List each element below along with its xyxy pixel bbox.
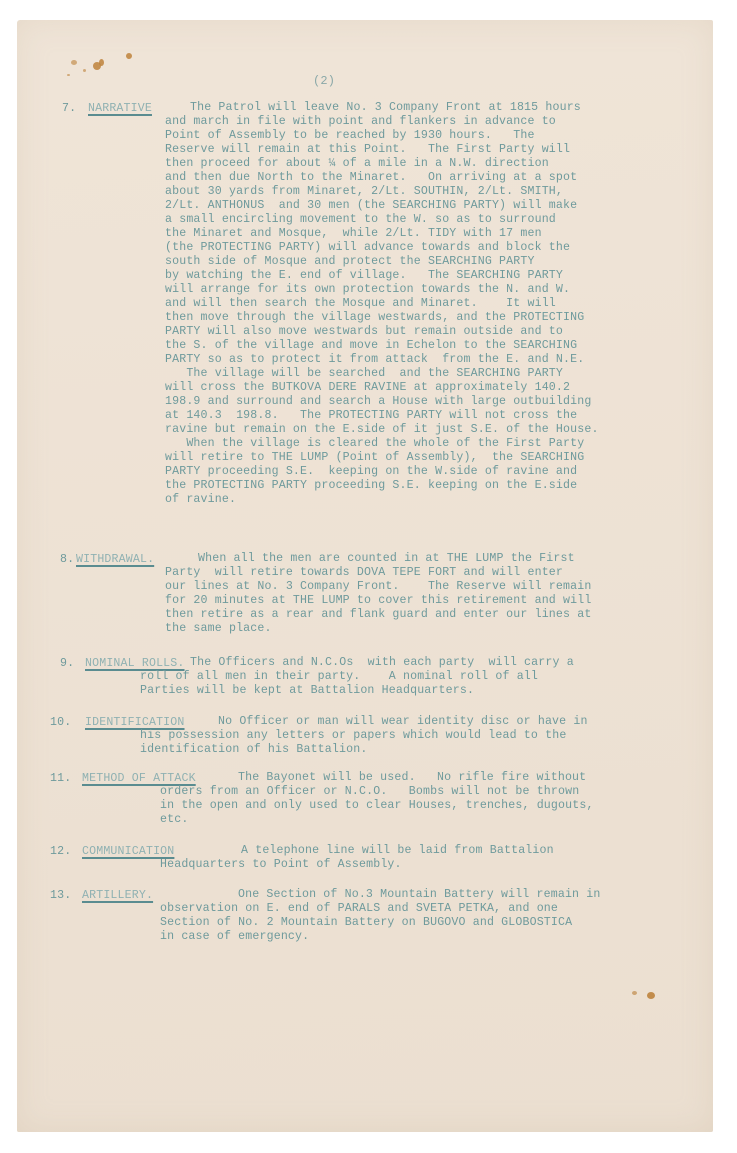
text-line: by watching the E. end of village. The S… xyxy=(165,269,563,283)
text-line: a small encircling movement to the W. so… xyxy=(165,213,556,227)
text-line: Party will retire towards DOVA TEPE FORT… xyxy=(165,566,563,580)
text-line: the Minaret and Mosque, while 2/Lt. TIDY… xyxy=(165,227,542,241)
text-line: in case of emergency. xyxy=(160,930,309,944)
text-line: orders from an Officer or N.C.O. Bombs w… xyxy=(160,785,579,799)
text-line: the same place. xyxy=(165,622,272,636)
paragraph-number: 11. xyxy=(50,772,71,785)
text-line: will arrange for its own protection towa… xyxy=(165,283,570,297)
text-line: PARTY will also move westwards but remai… xyxy=(165,325,563,339)
text-line: etc. xyxy=(160,813,188,827)
paragraph-number: 12. xyxy=(50,845,71,858)
paragraph-heading: NOMINAL ROLLS. xyxy=(85,657,185,670)
text-line: A telephone line will be laid from Batta… xyxy=(241,844,554,858)
text-line: and march in file with point and flanker… xyxy=(165,115,556,129)
text-line: The Bayonet will be used. No rifle fire … xyxy=(238,771,586,785)
text-line: south side of Mosque and protect the SEA… xyxy=(165,255,535,269)
text-line: The village will be searched and the SEA… xyxy=(165,367,563,381)
typewritten-document: (2) 7. NARRATIVE The Patrol will leave N… xyxy=(0,0,737,1153)
text-line: will retire to THE LUMP (Point of Assemb… xyxy=(165,451,584,465)
paragraph-number: 10. xyxy=(50,716,71,729)
text-line: Headquarters to Point of Assembly. xyxy=(160,858,402,872)
paragraph-number: 13. xyxy=(50,889,71,902)
text-line: When all the men are counted in at THE L… xyxy=(198,552,575,566)
text-line: Point of Assembly to be reached by 1930 … xyxy=(165,129,535,143)
text-line: Reserve will remain at this Point. The F… xyxy=(165,143,570,157)
text-line: When the village is cleared the whole of… xyxy=(165,437,584,451)
text-line: the S. of the village and move in Echelo… xyxy=(165,339,577,353)
text-line: will cross the BUTKOVA DERE RAVINE at ap… xyxy=(165,381,570,395)
text-line: The Officers and N.C.Os with each party … xyxy=(190,656,574,670)
paragraph-heading: IDENTIFICATION xyxy=(85,716,185,729)
text-line: at 140.3 198.8. The PROTECTING PARTY wil… xyxy=(165,409,577,423)
paragraph-number: 8. xyxy=(60,553,74,566)
text-line: 198.9 and surround and search a House wi… xyxy=(165,395,591,409)
text-line: (the PROTECTING PARTY) will advance towa… xyxy=(165,241,570,255)
text-line: about 30 yards from Minaret, 2/Lt. SOUTH… xyxy=(165,185,563,199)
text-line: in the open and only used to clear House… xyxy=(160,799,594,813)
text-line: PARTY proceeding S.E. keeping on the W.s… xyxy=(165,465,577,479)
text-line: our lines at No. 3 Company Front. The Re… xyxy=(165,580,591,594)
text-line: Section of No. 2 Mountain Battery on BUG… xyxy=(160,916,572,930)
text-line: No Officer or man will wear identity dis… xyxy=(218,715,588,729)
text-line: observation on E. end of PARALS and SVET… xyxy=(160,902,558,916)
text-line: and then due North to the Minaret. On ar… xyxy=(165,171,577,185)
paragraph-number: 9. xyxy=(60,657,74,670)
text-line: roll of all men in their party. A nomina… xyxy=(140,670,538,684)
text-line: Parties will be kept at Battalion Headqu… xyxy=(140,684,474,698)
paragraph-number: 7. xyxy=(62,102,76,115)
text-line: then retire as a rear and flank guard an… xyxy=(165,608,591,622)
text-line: ravine but remain on the E.side of it ju… xyxy=(165,423,599,437)
paragraph-heading: WITHDRAWAL. xyxy=(76,553,154,566)
text-line: then proceed for about ¼ of a mile in a … xyxy=(165,157,549,171)
text-line: PARTY so as to protect it from attack fr… xyxy=(165,353,584,367)
text-line: of ravine. xyxy=(165,493,236,507)
text-line: 2/Lt. ANTHONUS and 30 men (the SEARCHING… xyxy=(165,199,577,213)
text-line: One Section of No.3 Mountain Battery wil… xyxy=(238,888,600,902)
text-line: identification of his Battalion. xyxy=(140,743,367,757)
paragraph-heading: ARTILLERY. xyxy=(82,889,153,902)
text-line: the PROTECTING PARTY proceeding S.E. kee… xyxy=(165,479,577,493)
text-line: then move through the village westwards,… xyxy=(165,311,584,325)
paragraph-heading: NARRATIVE xyxy=(88,102,152,115)
text-line: his possession any letters or papers whi… xyxy=(140,729,566,743)
page-number: (2) xyxy=(313,74,335,88)
paragraph-heading: COMMUNICATION xyxy=(82,845,174,858)
text-line: for 20 minutes at THE LUMP to cover this… xyxy=(165,594,591,608)
text-line: and will then search the Mosque and Mina… xyxy=(165,297,556,311)
paragraph-heading: METHOD OF ATTACK xyxy=(82,772,196,785)
text-line: The Patrol will leave No. 3 Company Fron… xyxy=(190,101,581,115)
